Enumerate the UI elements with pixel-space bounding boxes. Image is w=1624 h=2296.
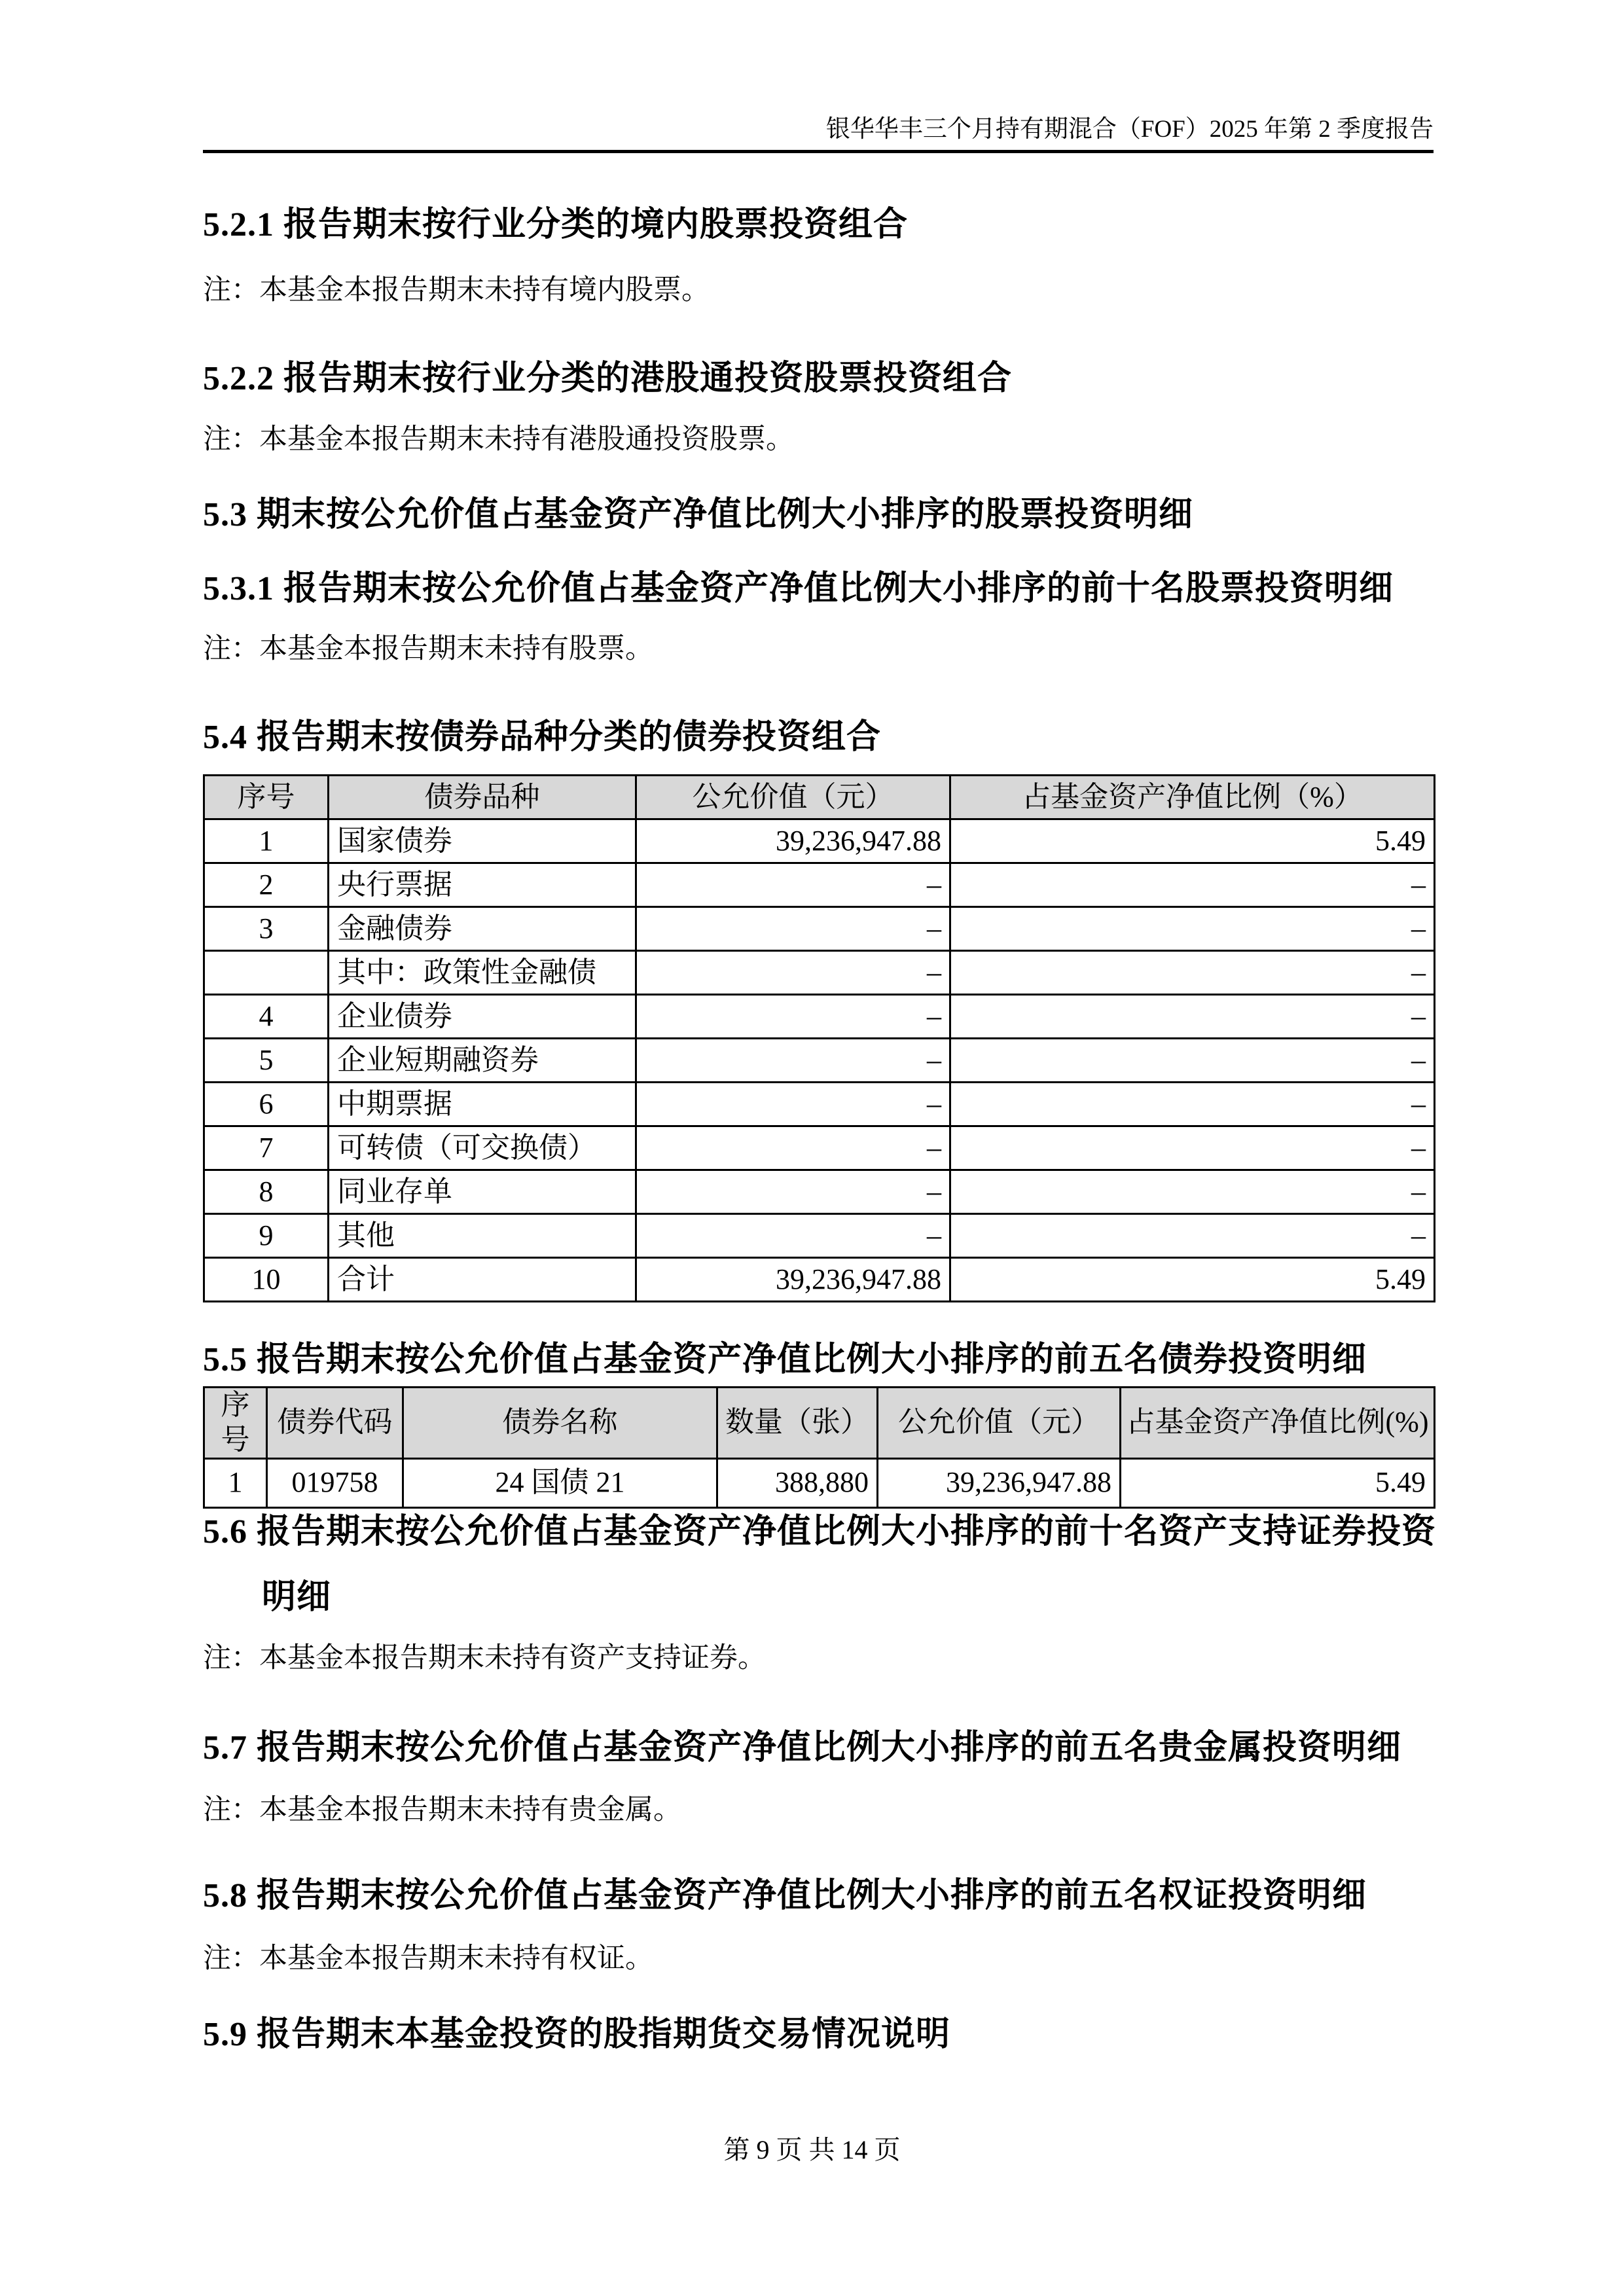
cell-fair-value: 39,236,947.88 xyxy=(636,819,950,863)
bond-portfolio-table-wrapper: 序号 债券品种 公允价值（元） 占基金资产净值比例（%） 1 国家债券 39,2… xyxy=(203,774,1435,1302)
cell-fair-value: – xyxy=(636,1170,950,1214)
table-row: 其中：政策性金融债 – – xyxy=(204,951,1435,995)
cell-nav-ratio: – xyxy=(950,951,1435,995)
section-heading-5-6-line2: 明细 xyxy=(262,1578,331,1617)
cell-no: 1 xyxy=(204,819,329,863)
cell-no: 1 xyxy=(204,1458,267,1507)
cell-nav-ratio: 5.49 xyxy=(1121,1458,1435,1507)
section-note-5-8: 注：本基金本报告期末未持有权证。 xyxy=(203,1942,653,1976)
cell-fair-value: – xyxy=(636,1083,950,1126)
bond-portfolio-table: 序号 债券品种 公允价值（元） 占基金资产净值比例（%） 1 国家债券 39,2… xyxy=(203,774,1435,1302)
cell-fair-value: – xyxy=(636,907,950,951)
cell-quantity: 388,880 xyxy=(717,1458,878,1507)
table-row: 3 金融债券 – – xyxy=(204,907,1435,951)
cell-fair-value: – xyxy=(636,951,950,995)
table-row: 1 国家债券 39,236,947.88 5.49 xyxy=(204,819,1435,863)
table-row: 8 同业存单 – – xyxy=(204,1170,1435,1214)
cell-bond-type: 同业存单 xyxy=(329,1170,636,1214)
section-heading-5-6-line1: 5.6 报告期末按公允价值占基金资产净值比例大小排序的前十名资产支持证券投资 xyxy=(203,1513,1436,1552)
top-bonds-table: 序号 债券代码 债券名称 数量（张） 公允价值（元） 占基金资产净值比例(%) … xyxy=(203,1386,1435,1509)
col-header-nav-ratio: 占基金资产净值比例（%） xyxy=(950,776,1435,819)
col-header-bond-name: 债券名称 xyxy=(403,1388,717,1459)
cell-bond-type: 金融债券 xyxy=(329,907,636,951)
cell-bond-type: 可转债（可交换债） xyxy=(329,1126,636,1170)
cell-nav-ratio: – xyxy=(950,907,1435,951)
section-heading-5-3-1: 5.3.1 报告期末按公允价值占基金资产净值比例大小排序的前十名股票投资明细 xyxy=(203,569,1394,609)
cell-no: 6 xyxy=(204,1083,329,1126)
table-row: 4 企业债券 – – xyxy=(204,995,1435,1039)
cell-fair-value: – xyxy=(636,863,950,907)
table-row: 1 019758 24 国债 21 388,880 39,236,947.88 … xyxy=(204,1458,1435,1507)
cell-no: 9 xyxy=(204,1214,329,1258)
cell-no: 7 xyxy=(204,1126,329,1170)
cell-no: 3 xyxy=(204,907,329,951)
table-row: 9 其他 – – xyxy=(204,1214,1435,1258)
cell-nav-ratio: – xyxy=(950,863,1435,907)
section-note-5-3-1: 注：本基金本报告期末未持有股票。 xyxy=(203,632,653,666)
cell-bond-type: 企业债券 xyxy=(329,995,636,1039)
cell-bond-type: 合计 xyxy=(329,1258,636,1302)
cell-fair-value: – xyxy=(636,995,950,1039)
header-rule xyxy=(203,150,1434,153)
section-heading-5-5: 5.5 报告期末按公允价值占基金资产净值比例大小排序的前五名债券投资明细 xyxy=(203,1340,1367,1380)
cell-bond-type: 国家债券 xyxy=(329,819,636,863)
col-header-fair-value: 公允价值（元） xyxy=(636,776,950,819)
cell-bond-type: 中期票据 xyxy=(329,1083,636,1126)
section-heading-5-9: 5.9 报告期末本基金投资的股指期货交易情况说明 xyxy=(203,2015,950,2054)
col-header-no: 序号 xyxy=(204,776,329,819)
page-footer: 第 9 页 共 14 页 xyxy=(0,2129,1624,2166)
report-page: 银华华丰三个月持有期混合（FOF）2025 年第 2 季度报告 5.2.1 报告… xyxy=(0,0,1624,2296)
cell-nav-ratio: – xyxy=(950,1170,1435,1214)
cell-nav-ratio: – xyxy=(950,995,1435,1039)
cell-nav-ratio: 5.49 xyxy=(950,1258,1435,1302)
cell-fair-value: – xyxy=(636,1126,950,1170)
cell-nav-ratio: – xyxy=(950,1214,1435,1258)
cell-no: 2 xyxy=(204,863,329,907)
section-note-5-2-1: 注：本基金本报告期末未持有境内股票。 xyxy=(203,274,710,308)
cell-no: 8 xyxy=(204,1170,329,1214)
cell-nav-ratio: – xyxy=(950,1083,1435,1126)
section-heading-5-2-1: 5.2.1 报告期末按行业分类的境内股票投资组合 xyxy=(203,206,908,245)
cell-bond-type: 央行票据 xyxy=(329,863,636,907)
cell-bond-type: 其中：政策性金融债 xyxy=(329,951,636,995)
cell-no: 5 xyxy=(204,1039,329,1083)
col-header-fair-value: 公允价值（元） xyxy=(878,1388,1121,1459)
section-heading-5-7: 5.7 报告期末按公允价值占基金资产净值比例大小排序的前五名贵金属投资明细 xyxy=(203,1729,1401,1768)
section-heading-5-3: 5.3 期末按公允价值占基金资产净值比例大小排序的股票投资明细 xyxy=(203,495,1193,535)
section-note-5-6: 注：本基金本报告期末未持有资产支持证券。 xyxy=(203,1641,766,1676)
table-row: 6 中期票据 – – xyxy=(204,1083,1435,1126)
cell-nav-ratio: – xyxy=(950,1039,1435,1083)
col-header-no: 序号 xyxy=(204,1388,267,1459)
cell-nav-ratio: – xyxy=(950,1126,1435,1170)
table-row: 2 央行票据 – – xyxy=(204,863,1435,907)
cell-fair-value: 39,236,947.88 xyxy=(636,1258,950,1302)
cell-bond-name: 24 国债 21 xyxy=(403,1458,717,1507)
table-row-total: 10 合计 39,236,947.88 5.49 xyxy=(204,1258,1435,1302)
table-header-row: 序号 债券代码 债券名称 数量（张） 公允价值（元） 占基金资产净值比例(%) xyxy=(204,1388,1435,1459)
cell-fair-value: 39,236,947.88 xyxy=(878,1458,1121,1507)
section-note-5-7: 注：本基金本报告期末未持有贵金属。 xyxy=(203,1793,681,1827)
top-bonds-table-wrapper: 序号 债券代码 债券名称 数量（张） 公允价值（元） 占基金资产净值比例(%) … xyxy=(203,1386,1435,1509)
cell-nav-ratio: 5.49 xyxy=(950,819,1435,863)
col-header-nav-ratio: 占基金资产净值比例(%) xyxy=(1121,1388,1435,1459)
cell-no: 4 xyxy=(204,995,329,1039)
page-header-title: 银华华丰三个月持有期混合（FOF）2025 年第 2 季度报告 xyxy=(203,115,1434,144)
cell-no: 10 xyxy=(204,1258,329,1302)
cell-no xyxy=(204,951,329,995)
section-note-5-2-2: 注：本基金本报告期末未持有港股通投资股票。 xyxy=(203,423,794,457)
table-row: 5 企业短期融资券 – – xyxy=(204,1039,1435,1083)
col-header-quantity: 数量（张） xyxy=(717,1388,878,1459)
cell-fair-value: – xyxy=(636,1039,950,1083)
col-header-bond-code: 债券代码 xyxy=(267,1388,403,1459)
section-heading-5-2-2: 5.2.2 报告期末按行业分类的港股通投资股票投资组合 xyxy=(203,359,1012,399)
section-heading-5-8: 5.8 报告期末按公允价值占基金资产净值比例大小排序的前五名权证投资明细 xyxy=(203,1876,1367,1916)
table-row: 7 可转债（可交换债） – – xyxy=(204,1126,1435,1170)
table-header-row: 序号 债券品种 公允价值（元） 占基金资产净值比例（%） xyxy=(204,776,1435,819)
section-heading-5-4: 5.4 报告期末按债券品种分类的债券投资组合 xyxy=(203,718,881,757)
col-header-bond-type: 债券品种 xyxy=(329,776,636,819)
cell-fair-value: – xyxy=(636,1214,950,1258)
cell-bond-code: 019758 xyxy=(267,1458,403,1507)
cell-bond-type: 其他 xyxy=(329,1214,636,1258)
cell-bond-type: 企业短期融资券 xyxy=(329,1039,636,1083)
